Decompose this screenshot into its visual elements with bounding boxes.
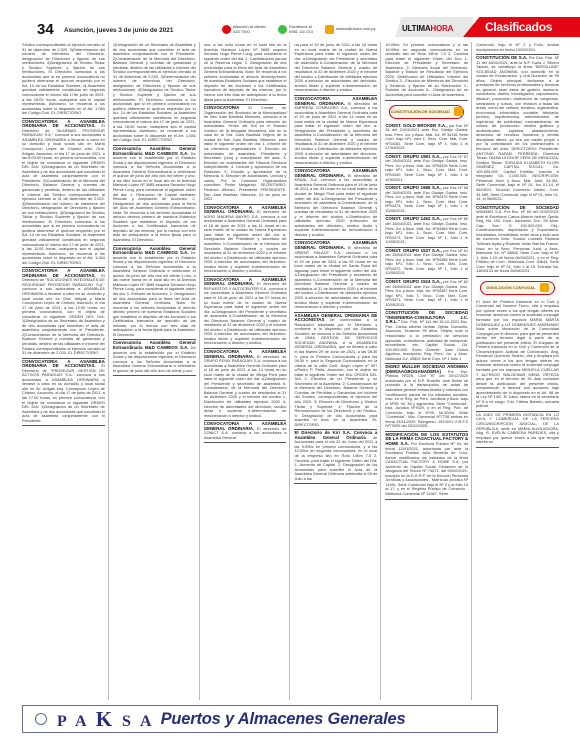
classified-ad: CONVOCATORIA A ASAMBLEA GENERAL ORDINARI… — [204, 421, 287, 443]
classified-ad: CONVOCATORIA A ASAMBLEA GENERAL ORDINARI… — [204, 205, 287, 277]
contact-phone: Atención al cliente:415 7000 — [222, 25, 267, 35]
ad-body: El directorio de ORIENT PALACE S.A. conv… — [294, 245, 377, 309]
contact-whatsapp: Escribinos al0981 111 013 — [278, 25, 313, 35]
ad-body: 15:00hs. En primera convocatoria y a las… — [385, 42, 468, 97]
classified-ad: CONST. GRUPO 1524 S.A., por Esc Nº 62 de… — [385, 279, 468, 310]
ad-body: De acuerdo con lo establecido por el Est… — [113, 151, 196, 242]
classified-ad: CONVOCATORIA A ASAMBLEA ORDINARIA DE ACC… — [22, 119, 105, 269]
classified-ad: CONVOCATORIA A ASAMBLEA ORDINARIA DE ACC… — [22, 268, 105, 358]
classified-ad: DIGNO MULLER SOCIEDAD ANONIMA (DIMSAAGRO… — [385, 364, 468, 432]
checkmark-icon — [540, 283, 549, 292]
column-1: Síndico correspondientes al ejercicio ce… — [22, 42, 109, 700]
column-5: 15:00hs. En primera convocatoria y a las… — [385, 42, 472, 700]
ultimahora-logo: ULTIMAHORA — [402, 24, 453, 33]
paksa-brand: P A K S A — [57, 707, 155, 732]
section-badge: CONSTITUCIÓN DE SOCIEDAD — [389, 105, 464, 119]
ad-body: El Directorio de "SOLUCIONES INTEGRALES … — [22, 273, 105, 355]
classified-ad: CONVOCATORIA ASAMBLEA GENERAL ORDINARIA.… — [294, 96, 377, 168]
ad-body: Síndico correspondientes al ejercicio ce… — [22, 42, 105, 115]
classified-ad: Síndico correspondientes al ejercicio ce… — [22, 42, 105, 119]
ad-body: El Directorio de "PROSEGUR GESTIÓN DE AC… — [22, 363, 105, 423]
section-title: Clasificados — [463, 17, 580, 37]
ad-body: El Comité de Organización del Sindicato … — [204, 105, 287, 201]
ad-body: El Juez de Primera Instancia en lo Civil… — [476, 299, 559, 409]
classified-ad: CONSTITUCIÓN DE SOCIEDAD WINNING S.A. Po… — [476, 205, 559, 277]
classified-ad: CONST. GRUPO 1537 S.A., por Esc Nº 61 de… — [385, 248, 468, 279]
classified-ad: Convocatoria Asamblea General Extraordin… — [113, 146, 196, 245]
paksa-banner-ad[interactable]: P A K S A Puertos y Almacenes Generales — [22, 705, 498, 733]
ad-body: El directorio de AGRO MADERA MAYRO S.A. … — [204, 209, 287, 273]
classified-ad: CONST. GRUPO 1462 S.A., por Esc Nº 60 de… — [385, 216, 468, 247]
classified-ad: 15:00hs. En primera convocatoria y a las… — [385, 42, 468, 101]
classified-ad: CONVOCATORIA A ASAMBLEA GENERAL ORDINARI… — [204, 277, 287, 349]
column-4: ria para el 19 de junio de 2021 a las 18… — [294, 42, 381, 700]
ad-body: de Accionistas para el día 22 de Junio d… — [294, 435, 377, 481]
classified-ad: CONST. GOLD BROKER S.A., por Esc Nº 34 d… — [385, 123, 468, 154]
classified-ad: Convocatoria Asamblea General Extraordin… — [113, 340, 196, 376]
contact-email: avisos@uhora.com.py — [325, 25, 376, 34]
classified-ad: Comercial, bajo el Nº 2 y Folio, ambas i… — [476, 42, 559, 55]
classified-ad: 1)Designación de un Secretario de Asambl… — [113, 42, 196, 146]
ad-body: El directorio de KRAAL S.A. convoca a lo… — [294, 173, 377, 237]
ad-body: El directorio de EMPRESA COMPAGRO S.A. c… — [294, 101, 377, 165]
classified-ad: CONVOCATORIA El Comité de Organización d… — [204, 105, 287, 204]
ad-body: por Esc Nº 61 del 26/04/2021 ante Esc Gl… — [385, 248, 468, 276]
classified-ad: CONVOCATORIA A ASAMBLEA GENERAL ORDINARI… — [204, 349, 287, 421]
ad-body: Por Escritura Pública Nº 94, de fecha 12… — [385, 441, 468, 496]
ad-body: De acuerdo con lo establecido por el Est… — [113, 250, 196, 337]
ad-body: uno, a las ocho horas en el local sito e… — [204, 42, 287, 102]
ad-body: WINNING S.A. Por Esc. Nº 83 del 02/02/20… — [476, 209, 559, 273]
ad-body: por Esc Nº 62 del 26/04/2021 ante Esc Gl… — [385, 279, 468, 307]
classified-ad: MODIFICACIÓN DE LOS ESTATUTOS DE LA FIRM… — [385, 432, 468, 500]
classified-ad: CONSTITUCIÓN DE SOCIEDAD "INGENIERIA-CON… — [385, 310, 468, 364]
ad-body: De conformidad a la Resolución adoptada … — [294, 317, 377, 427]
classified-ad: CONST. GRUPO 1986 S.A., por Esc Nº 58 de… — [385, 185, 468, 216]
page-header: 34 Asunción, jueves 3 de junio de 2021 A… — [0, 0, 580, 42]
classified-ad: CONVOCATORIA ASAMBLEA GENERAL ORDINARIA.… — [294, 168, 377, 240]
edition-date: Asunción, jueves 3 de junio de 2021 — [64, 27, 173, 34]
ad-body: ria para el 19 de junio de 2021 a las 18… — [294, 42, 377, 92]
ad-body: por Esc Nº 58 del 26/04/2021 ante Esc Gl… — [385, 185, 468, 213]
ad-body: Comercial, bajo el Nº 2 y Folio, ambas i… — [476, 42, 559, 52]
classified-ad: uno, a las ocho horas en el local sito e… — [204, 42, 287, 105]
column-6: Comercial, bajo el Nº 2 y Folio, ambas i… — [476, 42, 562, 700]
ad-body: 1)Designación de un Secretario de Asambl… — [113, 42, 196, 142]
ad-body: De acuerdo con lo establecido por el Est… — [113, 345, 196, 373]
ad-body: Esc. Pub. Nº 111 del 15-10-2021 Esc. Pub… — [385, 319, 468, 360]
ad-body: LA JUEZ DE PRIMERA INSTANCIA EN LO CIVIL… — [476, 412, 559, 444]
phone-icon — [222, 25, 231, 34]
ad-body: por Esc Nº 57 del 26/04/2021 ante Esc Gl… — [385, 154, 468, 182]
ad-body: por Esc Nº 60 del 26/04/2021 ante Esc Gl… — [385, 216, 468, 244]
section-badge: DISOLUCIÓN CONYUGAL — [480, 281, 555, 295]
classified-ad: El Directorio de Kirí S.A. Convoca a Asa… — [294, 430, 377, 484]
classified-ad: Convocatoria Asamblea General Extraordin… — [113, 246, 196, 341]
ad-body: Por Esc. Púb. Nº 11 del 18/02/2021, ante… — [476, 55, 559, 201]
ad-body: Por Esc. Pública Nº225, Civil "B" del 20… — [385, 369, 468, 429]
checkmark-icon — [454, 107, 463, 116]
classified-ad: CONVOCATORIA A ASAMBLEA ORDINARIA DE ACC… — [22, 359, 105, 427]
classified-ad: CONVOCATORIA ASAMBLEA GENERAL ORDINARIA.… — [294, 240, 377, 312]
classified-ad: CONSTITUCIÓN DE S.A. Por Esc. Púb. Nº 11… — [476, 55, 559, 205]
ad-body: por Esc Nº 34 del 21/04/2021 ante Esc Gl… — [385, 123, 468, 151]
ad-body: El directorio de GRUPO FENIX PARAGUAY S.… — [204, 354, 287, 418]
email-icon — [325, 25, 334, 34]
classified-ad: ria para el 19 de junio de 2021 a las 18… — [294, 42, 377, 96]
ad-body: El Directorio de "ALARMAS PROSEGUR PARAG… — [22, 123, 105, 264]
column-2: 1)Designación de un Secretario de Asambl… — [113, 42, 200, 700]
page-number: 34 — [37, 21, 54, 38]
ad-body: El directorio de REPUESTOS Y AUTOCENTER … — [204, 281, 287, 345]
paksa-emblem-icon — [35, 713, 47, 725]
column-3: uno, a las ocho horas en el local sito e… — [204, 42, 291, 700]
classifieds-columns: Síndico correspondientes al ejercicio ce… — [22, 42, 562, 700]
paksa-tagline: Puertos y Almacenes Generales — [161, 710, 406, 729]
classified-ad: El Juez de Primera Instancia en lo Civil… — [476, 299, 559, 412]
classified-ad: ASAMBLEA GENERAL ORDINARIA DE ACCIONISTA… — [294, 313, 377, 431]
whatsapp-icon — [278, 25, 287, 34]
classified-ad: CONST. GRUPO 1981 S.A., por Esc Nº 57 de… — [385, 154, 468, 185]
classified-ad: LA JUEZ DE PRIMERA INSTANCIA EN LO CIVIL… — [476, 412, 559, 448]
